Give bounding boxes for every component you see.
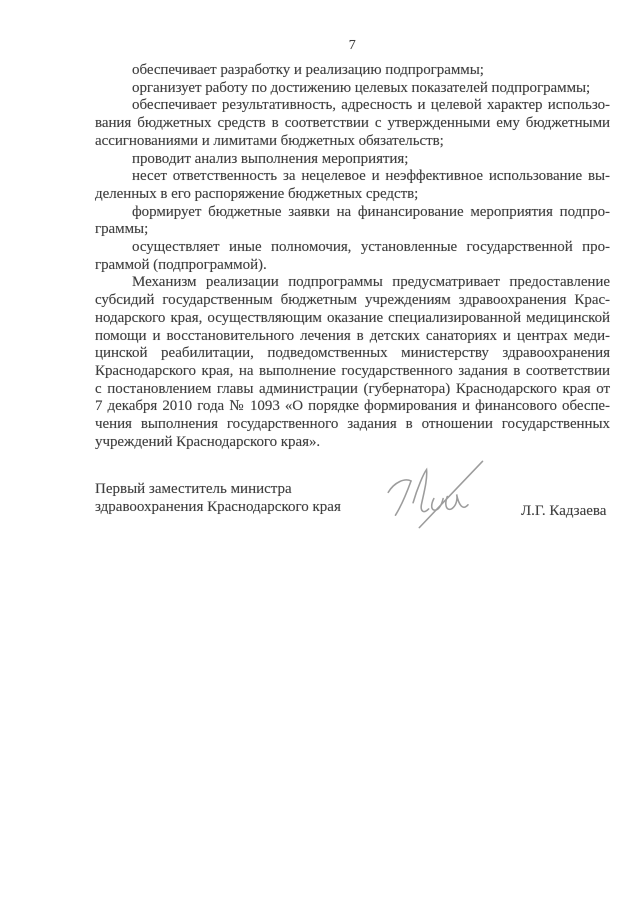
- page-number: 7: [95, 38, 610, 54]
- text-line: учреждений Краснодарского края».: [95, 434, 610, 452]
- signatory-name: Л.Г. Кадзаева: [521, 503, 606, 520]
- handwritten-signature-icon: [382, 457, 496, 535]
- text-line: граммы;: [95, 221, 610, 239]
- text-line: ассигнованиями и лимитами бюджетных обяз…: [95, 133, 610, 151]
- text-line: осуществляет иные полномочия, установлен…: [95, 239, 610, 257]
- text-line: субсидий государственным бюджетным учреж…: [95, 292, 610, 310]
- text-line: деленных в его распоряжение бюджетных ср…: [95, 186, 610, 204]
- text-line: помощи и восстановительного лечения в де…: [95, 328, 610, 346]
- text-line: формирует бюджетные заявки на финансиров…: [95, 204, 610, 222]
- text-line: проводит анализ выполнения мероприятия;: [95, 151, 610, 169]
- text-line: обеспечивает разработку и реализацию под…: [95, 62, 610, 80]
- text-line: 7 декабря 2010 года № 1093 «О порядке фо…: [95, 398, 610, 416]
- document-lines: обеспечивает разработку и реализацию под…: [95, 62, 610, 451]
- text-line: с постановлением главы администрации (гу…: [95, 381, 610, 399]
- text-line: граммой (подпрограммой).: [95, 257, 610, 275]
- document-page: 7 обеспечивает разработку и реализацию п…: [0, 0, 640, 905]
- text-line: вания бюджетных средств в соответствии с…: [95, 115, 610, 133]
- text-line: Механизм реализации подпрограммы предусм…: [95, 274, 610, 292]
- signatory-title-line-1: Первый заместитель министра: [95, 481, 341, 499]
- text-line: нодарского края, осуществляющим оказание…: [95, 310, 610, 328]
- text-line: цинской реабилитации, подведомственных м…: [95, 345, 610, 363]
- text-line: обеспечивает результативность, адресност…: [95, 97, 610, 115]
- text-line: несет ответственность за нецелевое и неэ…: [95, 168, 610, 186]
- text-line: организует работу по достижению целевых …: [95, 80, 610, 98]
- signatory-title: Первый заместитель министра здравоохране…: [95, 481, 341, 517]
- signatory-title-line-2: здравоохранения Краснодарского края: [95, 499, 341, 517]
- text-line: чения выполнения государственного задани…: [95, 416, 610, 434]
- text-line: Краснодарского края, на выполнение госуд…: [95, 363, 610, 381]
